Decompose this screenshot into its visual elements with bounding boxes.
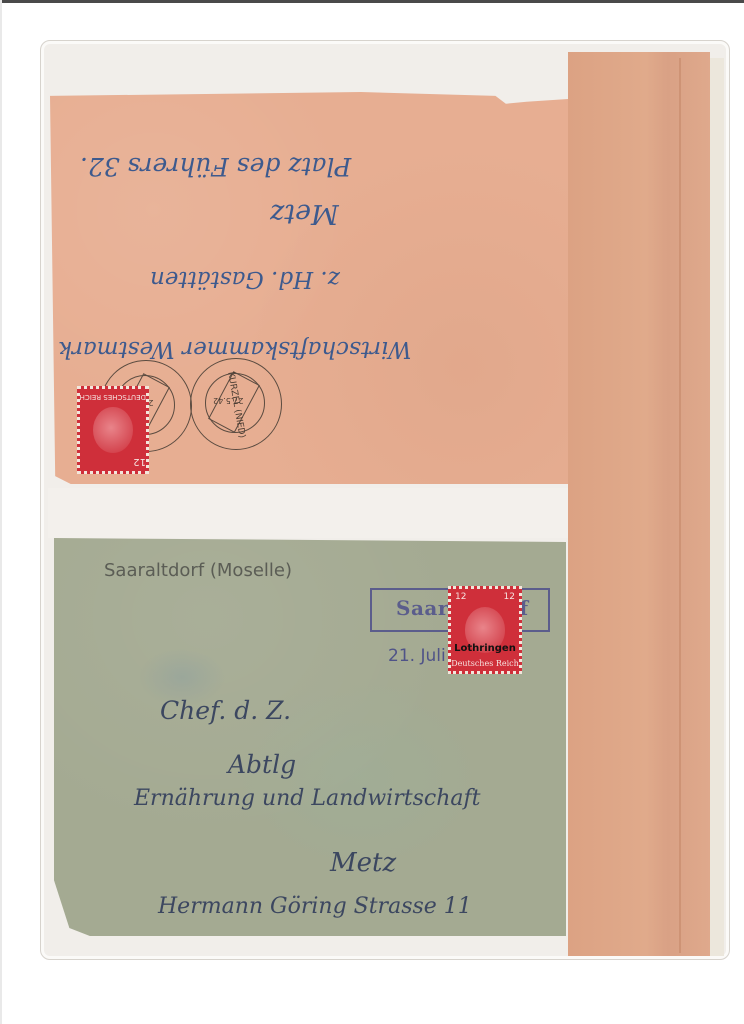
address-line-3: Metz (270, 198, 339, 229)
stamp-value-left: 12 (455, 592, 466, 602)
scan-left-edge (0, 0, 2, 1024)
address-line-2: Abtlg (228, 750, 296, 779)
stamp-value-right: 12 (504, 592, 515, 602)
postmark-date-box (208, 371, 260, 433)
address-line-1: Chef. d. Z. (160, 696, 291, 725)
stamp-value: 12 (80, 456, 152, 467)
pencil-note: Saaraltdorf (Moselle) (104, 560, 292, 581)
stamp-lothringen: 12 12 Lothringen Deutsches Reich (448, 586, 522, 674)
postmark-town: KURZEL (NIED) (225, 371, 247, 439)
stamp-overprint: Lothringen (451, 643, 519, 654)
postmark-date: 27.5.42 (213, 396, 244, 405)
sleeve-divider (48, 488, 568, 538)
address-line-4: Metz (330, 848, 396, 878)
scan-top-border (0, 0, 744, 3)
stamp-country: DEUTSCHES REICH (80, 393, 146, 401)
address-line-2: z. Hd. Gastätten (150, 266, 340, 292)
backing-fold-line (679, 58, 681, 953)
stamp-portrait (93, 407, 133, 453)
backing-strip (568, 52, 710, 956)
postmark-right: 27.5.42 KURZEL (NIED) (190, 358, 282, 450)
address-line-5: Hermann Göring Strasse 11 (158, 894, 472, 919)
address-line-3: Ernährung und Landwirtschaft (134, 786, 480, 811)
stamp-country: Deutsches Reich (451, 659, 519, 668)
sleeve-right-edge (710, 58, 724, 956)
stamp-deutsches-reich: DEUTSCHES REICH 12 (77, 386, 149, 474)
cachet-date: 21. Juli (388, 646, 446, 666)
address-line-4: Platz des Führers 32. (80, 152, 351, 181)
